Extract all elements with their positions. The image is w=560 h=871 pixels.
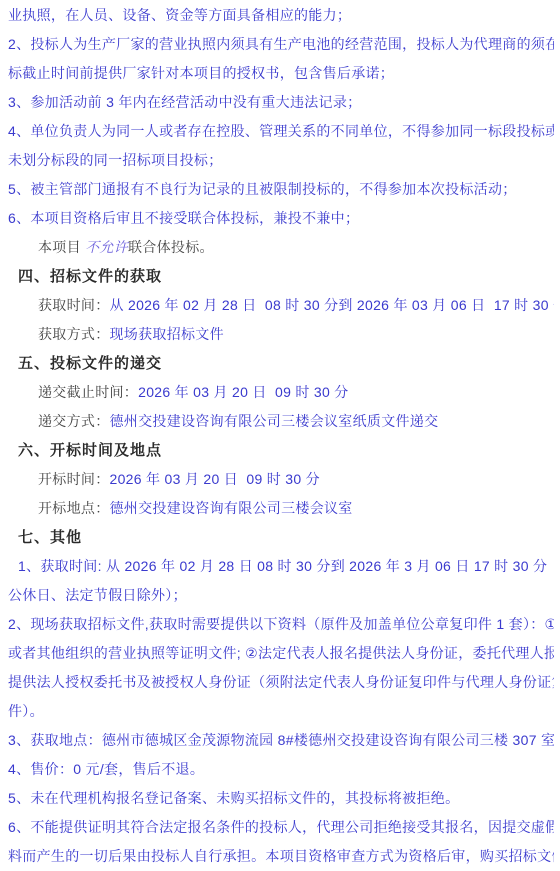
field-line: 开标地点：德州交投建设咨询有限公司三楼会议室 <box>38 494 554 523</box>
field-label: 开标地点： <box>38 500 110 516</box>
field-value: 德州交投建设咨询有限公司三楼会议室 <box>110 500 353 516</box>
field-value: 2026 年 03 月 20 日 09 时 30 分 <box>110 471 320 487</box>
emphasis-line: 本项目 不允许联合体投标。 <box>38 233 554 262</box>
doc-line: 1、获取时间: 从 2026 年 02 月 28 日 08 时 30 分到 20… <box>18 552 554 581</box>
field-label: 递交截止时间： <box>38 384 138 400</box>
doc-line: 标截止时间前提供厂家针对本项目的授权书，包含售后承诺； <box>8 59 554 88</box>
doc-line: 3、参加活动前 3 年内在经营活动中没有重大违法记录； <box>8 88 554 117</box>
doc-line: 6、不能提供证明其符合法定报名条件的投标人，代理公司拒绝接受其报名，因提交虚假资 <box>8 813 554 842</box>
doc-line: 业执照，在人员、设备、资金等方面具备相应的能力； <box>8 1 554 30</box>
field-line: 递交方式：德州交投建设咨询有限公司三楼会议室纸质文件递交 <box>38 407 554 436</box>
section-heading: 五、投标文件的递交 <box>18 349 554 378</box>
plain-text: 联合体投标。 <box>128 239 214 255</box>
document-body: 业执照，在人员、设备、资金等方面具备相应的能力；2、投标人为生产厂家的营业执照内… <box>8 1 554 871</box>
field-label: 递交方式： <box>38 413 110 429</box>
doc-line: 料而产生的一切后果由投标人自行承担。本项目资格审查方式为资格后审，购买招标文件时 <box>8 842 554 871</box>
doc-line: 4、售价：0 元/套，售后不退。 <box>8 755 554 784</box>
field-label: 开标时间： <box>38 471 110 487</box>
doc-line: 2、现场获取招标文件,获取时需要提供以下资料（原件及加盖单位公章复印件 1 套）… <box>8 610 554 639</box>
field-line: 递交截止时间：2026 年 03 月 20 日 09 时 30 分 <box>38 378 554 407</box>
field-value: 2026 年 03 月 20 日 09 时 30 分 <box>138 384 348 400</box>
field-value: 从 2026 年 02 月 28 日 08 时 30 分到 2026 年 03 … <box>110 297 555 313</box>
doc-line: 3、获取地点：德州市德城区金茂源物流园 8#楼德州交投建设咨询有限公司三楼 30… <box>8 726 554 755</box>
doc-line: 或者其他组织的营业执照等证明文件; ②法定代表人报名提供法人身份证，委托代理人报… <box>8 639 554 668</box>
doc-line: 5、未在代理机构报名登记备案、未购买招标文件的，其投标将被拒绝。 <box>8 784 554 813</box>
doc-line: 提供法人授权委托书及被授权人身份证（须附法定代表人身份证复印件与代理人身份证复印 <box>8 668 554 697</box>
doc-line: 4、单位负责人为同一人或者存在控股、管理关系的不同单位，不得参加同一标段投标或者 <box>8 117 554 146</box>
field-line: 获取时间：从 2026 年 02 月 28 日 08 时 30 分到 2026 … <box>38 291 554 320</box>
emphasized-text: 不允许 <box>85 239 128 255</box>
field-value: 现场获取招标文件 <box>110 326 224 342</box>
doc-line: 公休日、法定节假日除外）； <box>8 581 554 610</box>
doc-line: 件）。 <box>8 697 554 726</box>
field-line: 开标时间：2026 年 03 月 20 日 09 时 30 分 <box>38 465 554 494</box>
doc-line: 未划分标段的同一招标项目投标； <box>8 146 554 175</box>
field-value: 德州交投建设咨询有限公司三楼会议室纸质文件递交 <box>110 413 439 429</box>
tender-notice-document: 业执照，在人员、设备、资金等方面具备相应的能力；2、投标人为生产厂家的营业执照内… <box>0 0 560 871</box>
section-heading: 六、开标时间及地点 <box>18 436 554 465</box>
section-heading: 四、招标文件的获取 <box>18 262 554 291</box>
field-label: 获取时间： <box>38 297 110 313</box>
doc-line: 5、被主管部门通报有不良行为记录的且被限制投标的，不得参加本次投标活动； <box>8 175 554 204</box>
plain-text: 本项目 <box>38 239 85 255</box>
field-line: 获取方式：现场获取招标文件 <box>38 320 554 349</box>
doc-line: 6、本项目资格后审且不接受联合体投标，兼投不兼中； <box>8 204 554 233</box>
doc-line: 2、投标人为生产厂家的营业执照内须具有生产电池的经营范围，投标人为代理商的须在开 <box>8 30 554 59</box>
section-heading: 七、其他 <box>18 523 554 552</box>
field-label: 获取方式： <box>38 326 110 342</box>
